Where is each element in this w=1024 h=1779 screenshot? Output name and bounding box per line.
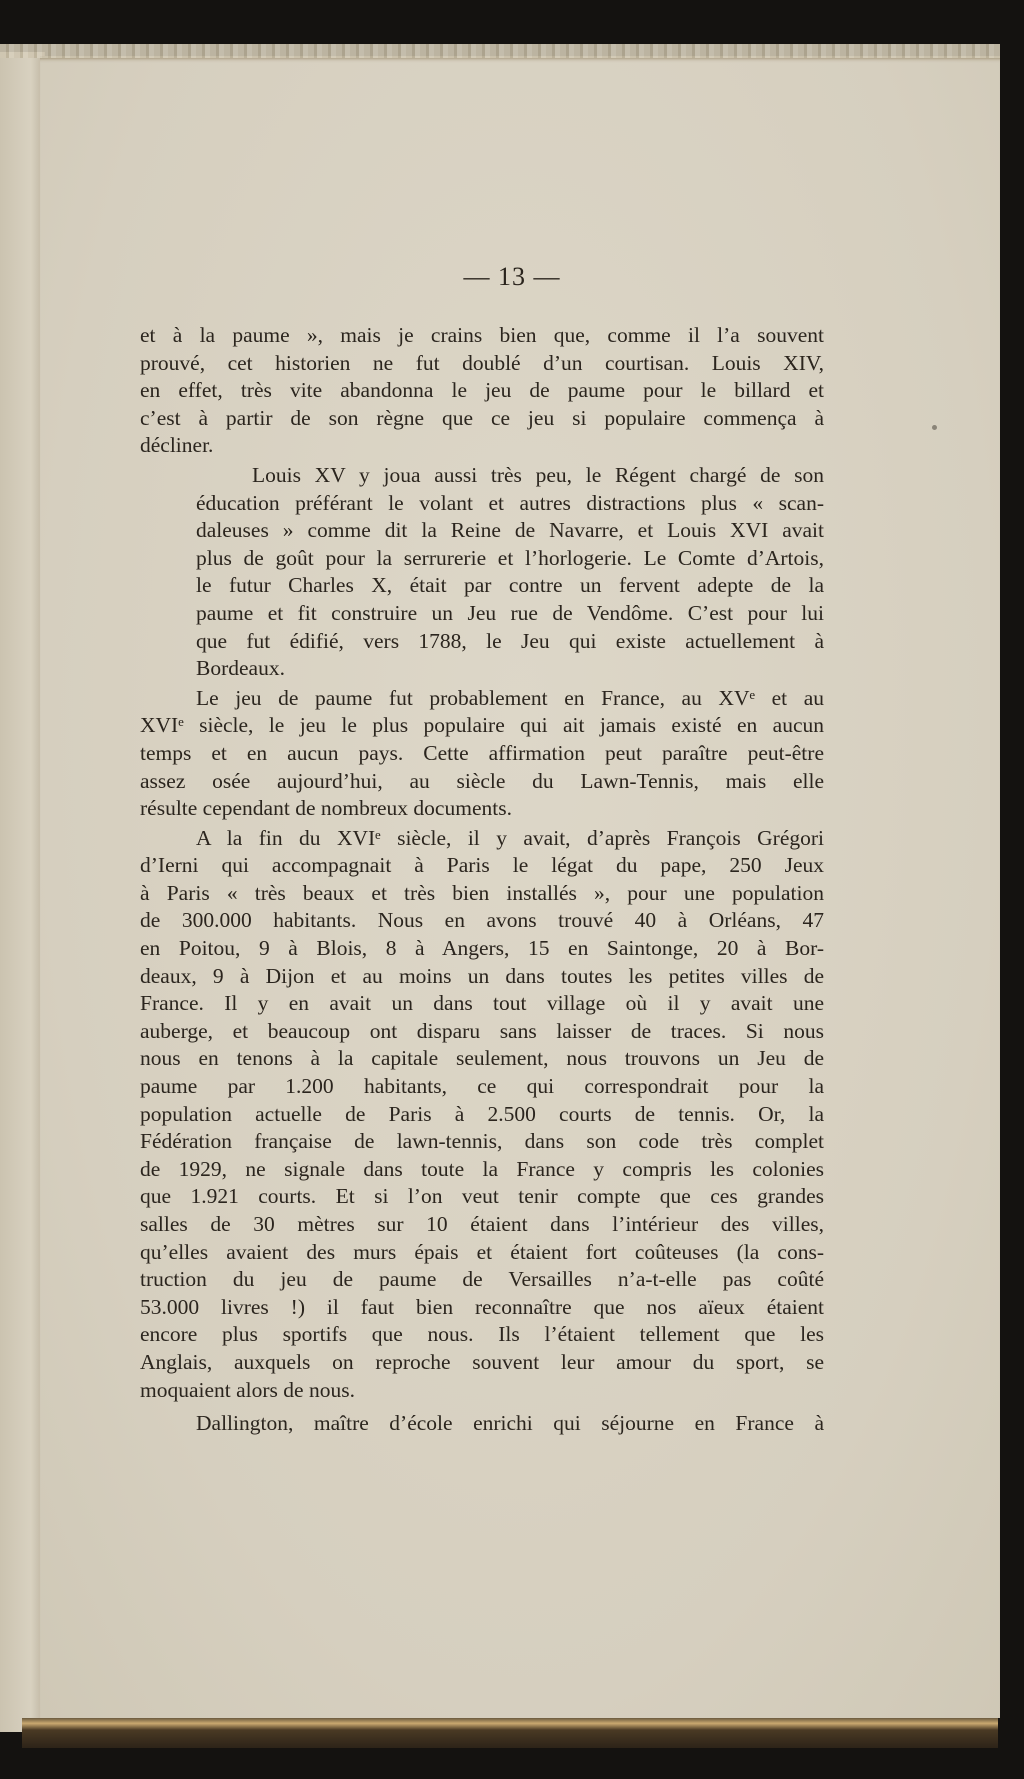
text-line: en Poitou, 9 à Blois, 8 à Angers, 15 en … xyxy=(140,935,824,963)
text-line: assez osée aujourd’hui, au siècle du Law… xyxy=(140,768,824,796)
text-line: truction du jeu de paume de Versailles n… xyxy=(140,1266,824,1294)
text-line: que fut édifié, vers 1788, le Jeu qui ex… xyxy=(140,628,824,656)
body-text: et à la paume », mais je crains bien que… xyxy=(140,322,824,1438)
text-line: d’Ierni qui accompagnait à Paris le léga… xyxy=(140,852,824,880)
text-line: décliner. xyxy=(140,432,824,460)
text-line: à Paris « très beaux et très bien instal… xyxy=(140,880,824,908)
text-line: et à la paume », mais je crains bien que… xyxy=(140,322,824,350)
text-line: c’est à partir de son règne que ce jeu s… xyxy=(140,405,824,433)
text-line: Fédération française de lawn-tennis, dan… xyxy=(140,1128,824,1156)
text-line: Louis XV y joua aussi très peu, le Régen… xyxy=(140,462,824,490)
paragraph-3: Le jeu de paume fut probablement en Fran… xyxy=(140,685,824,823)
text-line: Anglais, auxquels on reproche souvent le… xyxy=(140,1349,824,1377)
text-line: résulte cependant de nombreux documents. xyxy=(140,795,824,823)
text-line: paume par 1.200 habitants, ce qui corres… xyxy=(140,1073,824,1101)
text-line: prouvé, cet historien ne fut doublé d’un… xyxy=(140,350,824,378)
page-bottom-edge xyxy=(22,1718,998,1748)
paragraph-2: Louis XV y joua aussi très peu, le Régen… xyxy=(140,462,824,683)
page-number: — 13 — xyxy=(0,262,1024,292)
text-line: daleuses » comme dit la Reine de Navarre… xyxy=(140,517,824,545)
left-page-edge xyxy=(0,52,45,1732)
text-line: que 1.921 courts. Et si l’on veut tenir … xyxy=(140,1183,824,1211)
text-line: de 1929, ne signale dans toute la France… xyxy=(140,1156,824,1184)
text-line: A la fin du XVIᵉ siècle, il y avait, d’a… xyxy=(140,825,824,853)
text-line: Dallington, maître d’école enrichi qui s… xyxy=(140,1410,824,1438)
text-line: en effet, très vite abandonna le jeu de … xyxy=(140,377,824,405)
text-line: salles de 30 mètres sur 10 étaient dans … xyxy=(140,1211,824,1239)
text-line: deaux, 9 à Dijon et au moins un dans tou… xyxy=(140,963,824,991)
text-line: Bordeaux. xyxy=(140,655,824,683)
text-line: qu’elles avaient des murs épais et étaie… xyxy=(140,1239,824,1267)
page-top-edge xyxy=(0,44,1000,58)
text-line: XVIᵉ siècle, le jeu le plus populaire qu… xyxy=(140,712,824,740)
text-line: moquaient alors de nous. xyxy=(140,1377,824,1405)
text-line: encore plus sportifs que nous. Ils l’éta… xyxy=(140,1321,824,1349)
paragraph-5: Dallington, maître d’école enrichi qui s… xyxy=(140,1410,824,1438)
text-line: le futur Charles X, était par contre un … xyxy=(140,572,824,600)
paragraph-1: et à la paume », mais je crains bien que… xyxy=(140,322,824,460)
paper-speck xyxy=(932,425,937,430)
text-line: 53.000 livres !) il faut bien reconnaîtr… xyxy=(140,1294,824,1322)
text-line: plus de goût pour la serrurerie et l’hor… xyxy=(140,545,824,573)
text-line: temps et en aucun pays. Cette affirmatio… xyxy=(140,740,824,768)
text-line: de 300.000 habitants. Nous en avons trou… xyxy=(140,907,824,935)
text-line: Le jeu de paume fut probablement en Fran… xyxy=(140,685,824,713)
text-line: population actuelle de Paris à 2.500 cou… xyxy=(140,1101,824,1129)
paragraph-4: A la fin du XVIᵉ siècle, il y avait, d’a… xyxy=(140,825,824,1404)
text-line: France. Il y en avait un dans tout villa… xyxy=(140,990,824,1018)
text-line: paume et fit construire un Jeu rue de Ve… xyxy=(140,600,824,628)
text-line: nous en tenons à la capitale seulement, … xyxy=(140,1045,824,1073)
text-line: éducation préférant le volant et autres … xyxy=(140,490,824,518)
text-line: auberge, et beaucoup ont disparu sans la… xyxy=(140,1018,824,1046)
